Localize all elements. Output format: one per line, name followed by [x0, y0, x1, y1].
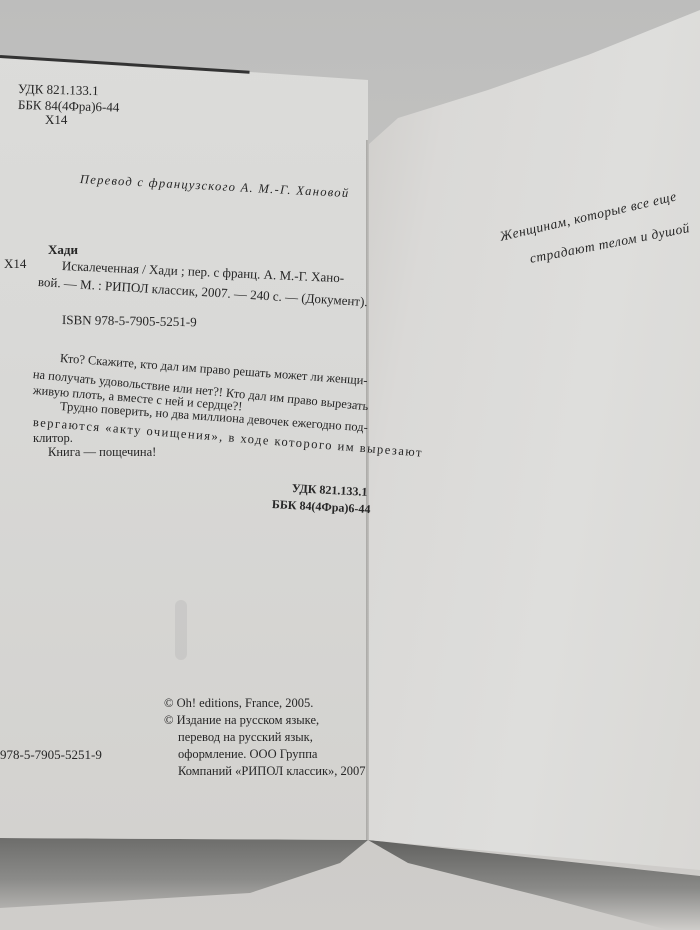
- author-mark-side: Х14: [4, 257, 26, 270]
- copyright-line: оформление. ООО Группа: [178, 748, 317, 761]
- author-name: Хади: [48, 243, 78, 256]
- isbn: ISBN 978-5-7905-5251-9: [62, 313, 197, 328]
- author-mark: Х14: [45, 113, 67, 126]
- copyright-line: перевод на русский язык,: [178, 731, 313, 744]
- udk-code-footer: УДК 821.133.1: [292, 482, 368, 498]
- copyright-line: © Oh! editions, France, 2005.: [164, 697, 313, 710]
- annotation-tagline: Книга — пощечина!: [48, 446, 156, 459]
- udk-code: УДК 821.133.1: [18, 82, 99, 97]
- annotation-line: клитор.: [33, 432, 73, 445]
- right-page: [368, 0, 700, 870]
- isbn-bottom: 978-5-7905-5251-9: [0, 748, 102, 761]
- copyright-line: Компаний «РИПОЛ классик», 2007: [178, 765, 366, 778]
- bbk-code: ББК 84(4Фра)6-44: [18, 98, 120, 114]
- copyright-line: © Издание на русском языке,: [164, 714, 319, 727]
- bleed-through-figure: [175, 600, 187, 660]
